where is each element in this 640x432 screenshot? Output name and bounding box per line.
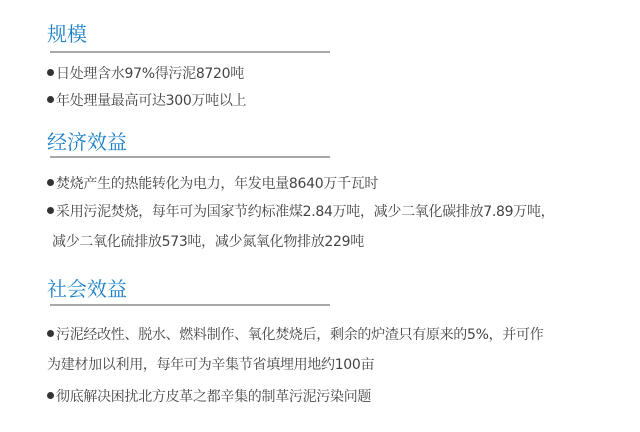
list-item-text: 年处理量最高可达300万吨以上 xyxy=(56,93,246,109)
list-item-text: 焚烧产生的热能转化为电力，年发电量8640万千瓦时 xyxy=(56,176,378,192)
list-item-continuation: 减少二氧化硫排放573吨，减少氮氧化物排放229吨 xyxy=(52,233,364,251)
bullet-icon xyxy=(47,179,54,186)
section-title-economic: 经济效益 xyxy=(47,130,127,154)
list-item-text: 污泥经改性、脱水、燃料制作、氧化焚烧后，剩余的炉渣只有原来的5%，并可作 xyxy=(56,327,543,343)
bullet-icon xyxy=(47,69,54,76)
section-divider xyxy=(50,304,330,306)
bullet-icon xyxy=(47,96,54,103)
list-item: 焚烧产生的热能转化为电力，年发电量8640万千瓦时 xyxy=(47,175,378,193)
list-item-text: 日处理含水97%得污泥8720吨 xyxy=(56,66,244,82)
list-item-text: 采用污泥焚烧，每年可为国家节约标准煤2.84万吨，减少二氧化碳排放7.89万吨， xyxy=(56,204,554,220)
section-divider xyxy=(50,156,330,158)
bullet-icon xyxy=(47,392,54,399)
list-item: 彻底解决困扰北方皮革之都辛集的制革污泥污染问题 xyxy=(47,388,371,406)
section-divider xyxy=(50,51,330,53)
section-title-scale: 规模 xyxy=(47,22,87,46)
section-title-social: 社会效益 xyxy=(47,277,127,301)
bullet-icon xyxy=(47,207,54,214)
bullet-icon xyxy=(47,330,54,337)
list-item: 污泥经改性、脱水、燃料制作、氧化焚烧后，剩余的炉渣只有原来的5%，并可作 xyxy=(47,326,543,344)
list-item: 采用污泥焚烧，每年可为国家节约标准煤2.84万吨，减少二氧化碳排放7.89万吨， xyxy=(47,203,554,221)
list-item: 日处理含水97%得污泥8720吨 xyxy=(47,65,244,83)
list-item-text: 彻底解决困扰北方皮革之都辛集的制革污泥污染问题 xyxy=(56,389,371,405)
list-item-continuation: 为建材加以利用，每年可为辛集节省填埋用地约100亩 xyxy=(47,356,374,374)
list-item: 年处理量最高可达300万吨以上 xyxy=(47,92,246,110)
